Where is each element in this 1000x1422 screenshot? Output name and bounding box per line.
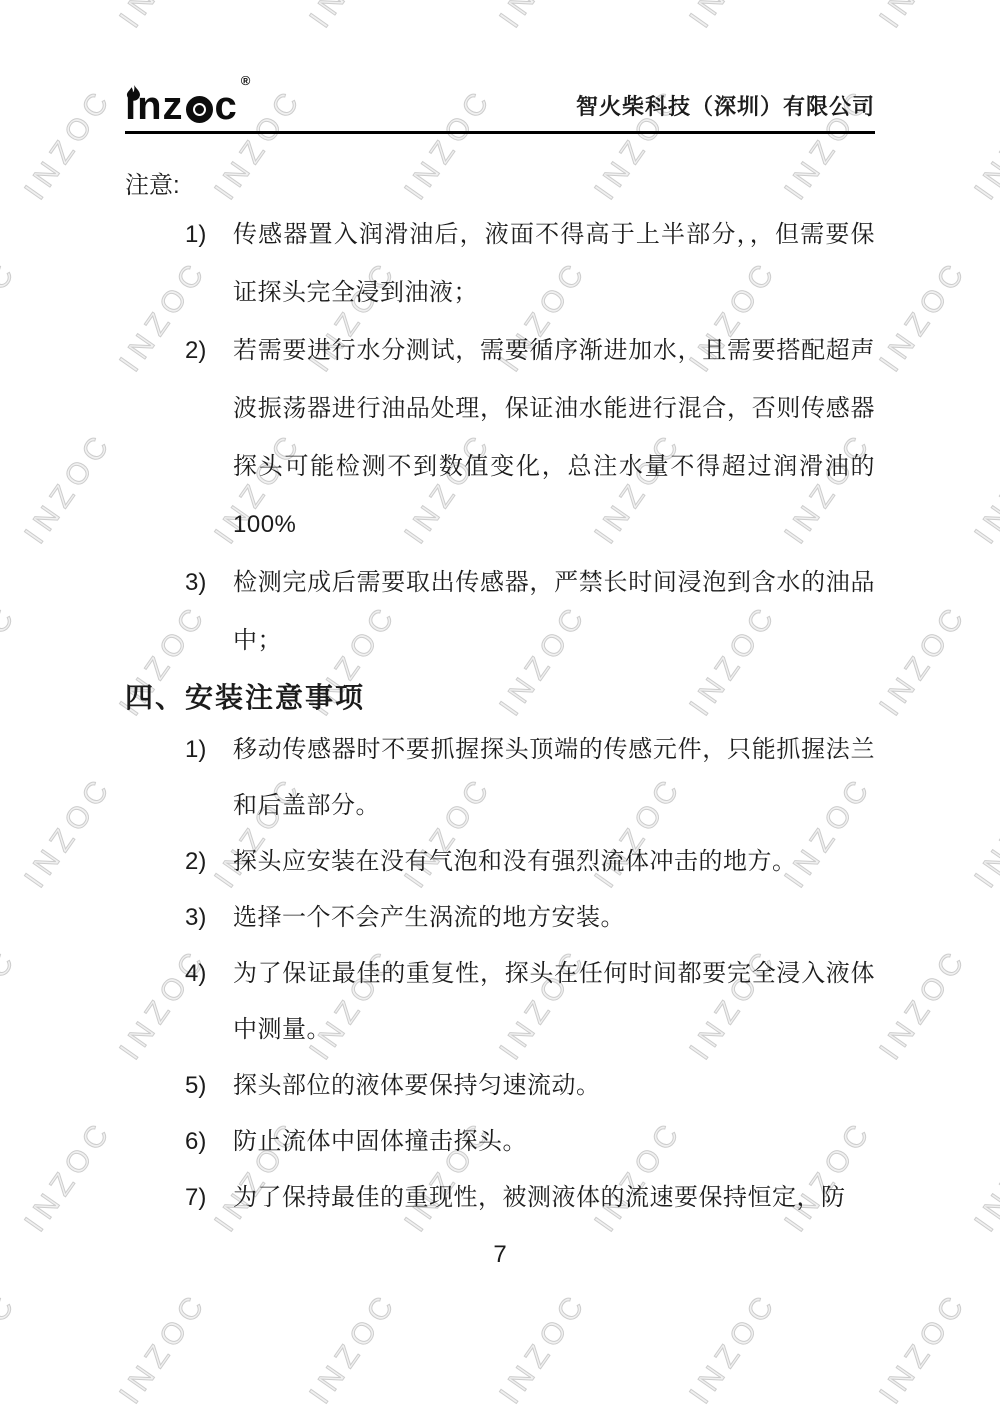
installation-notes-list: 1) 移动传感器时不要抓握探头顶端的传感元件，只能抓握法兰和后盖部分。 2) 探… — [125, 722, 875, 1226]
list-item: 5) 探头部位的液体要保持匀速流动。 — [125, 1058, 875, 1114]
list-item-marker: 5) — [185, 1058, 233, 1114]
list-item: 1) 移动传感器时不要抓握探头顶端的传感元件，只能抓握法兰和后盖部分。 — [125, 722, 875, 834]
list-item-text: 选择一个不会产生涡流的地方安装。 — [233, 890, 875, 946]
brand-logo: ınzc ® — [125, 90, 250, 123]
registered-trademark-symbol: ® — [241, 76, 251, 87]
page-header: ınzc ® 智火柴科技（深圳）有限公司 — [125, 90, 875, 134]
watermark-text: INZOC — [303, 1286, 404, 1411]
list-item-marker: 7) — [185, 1170, 233, 1226]
list-item: 2) 探头应安装在没有气泡和没有强烈流体冲击的地方。 — [125, 834, 875, 890]
watermark-text: INZOC — [493, 1286, 594, 1411]
list-item: 7) 为了保持最佳的重现性，被测液体的流速要保持恒定，防 — [125, 1170, 875, 1226]
list-item-text: 为了保持最佳的重现性，被测液体的流速要保持恒定，防 — [233, 1170, 875, 1226]
list-item-marker: 2) — [185, 322, 233, 554]
list-item: 2) 若需要进行水分测试，需要循序渐进加水，且需要搭配超声波振荡器进行油品处理，… — [125, 322, 875, 554]
logo-bullseye-o — [186, 96, 213, 123]
list-item-text: 防止流体中固体撞击探头。 — [233, 1114, 875, 1170]
logo-text-right: c — [215, 90, 238, 123]
watermark-text: INZOC — [0, 1286, 25, 1411]
list-item-text: 传感器置入润滑油后，液面不得高于上半部分，，但需要保证探头完全浸到油液； — [233, 206, 875, 322]
watermark-text: INZOC — [873, 1286, 974, 1411]
document-page: INZOCINZOCINZOCINZOCINZOCINZOCINZOCINZOC… — [0, 0, 1000, 1422]
list-item-text: 检测完成后需要取出传感器，严禁长时间浸泡到含水的油品中； — [233, 554, 875, 670]
list-item-marker: 1) — [185, 206, 233, 322]
list-item-text: 探头应安装在没有气泡和没有强烈流体冲击的地方。 — [233, 834, 875, 890]
page-number: 7 — [125, 1238, 875, 1272]
page-content: ınzc ® 智火柴科技（深圳）有限公司 注意: 1) 传感器置入润滑油后，液面… — [0, 0, 1000, 1272]
company-name: 智火柴科技（深圳）有限公司 — [576, 90, 875, 123]
list-item-marker: 6) — [185, 1114, 233, 1170]
list-item: 6) 防止流体中固体撞击探头。 — [125, 1114, 875, 1170]
list-item: 3) 检测完成后需要取出传感器，严禁长时间浸泡到含水的油品中； — [125, 554, 875, 670]
watermark-text: INZOC — [683, 1286, 784, 1411]
list-item: 1) 传感器置入润滑油后，液面不得高于上半部分，，但需要保证探头完全浸到油液； — [125, 206, 875, 322]
list-item-marker: 2) — [185, 834, 233, 890]
list-item: 4) 为了保证最佳的重复性，探头在任何时间都要完全浸入液体中测量。 — [125, 946, 875, 1058]
list-item: 3) 选择一个不会产生涡流的地方安装。 — [125, 890, 875, 946]
list-item-marker: 1) — [185, 722, 233, 834]
list-item-text: 为了保证最佳的重复性，探头在任何时间都要完全浸入液体中测量。 — [233, 946, 875, 1058]
note-label: 注意: — [125, 166, 875, 206]
section-heading: 四、安装注意事项 — [125, 674, 875, 722]
note-list: 1) 传感器置入润滑油后，液面不得高于上半部分，，但需要保证探头完全浸到油液； … — [125, 206, 875, 670]
list-item-marker: 3) — [185, 890, 233, 946]
list-item-text: 移动传感器时不要抓握探头顶端的传感元件，只能抓握法兰和后盖部分。 — [233, 722, 875, 834]
list-item-marker: 3) — [185, 554, 233, 670]
flame-icon — [126, 73, 141, 90]
watermark-text: INZOC — [113, 1286, 214, 1411]
list-item-text: 若需要进行水分测试，需要循序渐进加水，且需要搭配超声波振荡器进行油品处理，保证油… — [233, 322, 875, 554]
list-item-text: 探头部位的液体要保持匀速流动。 — [233, 1058, 875, 1114]
list-item-marker: 4) — [185, 946, 233, 1058]
